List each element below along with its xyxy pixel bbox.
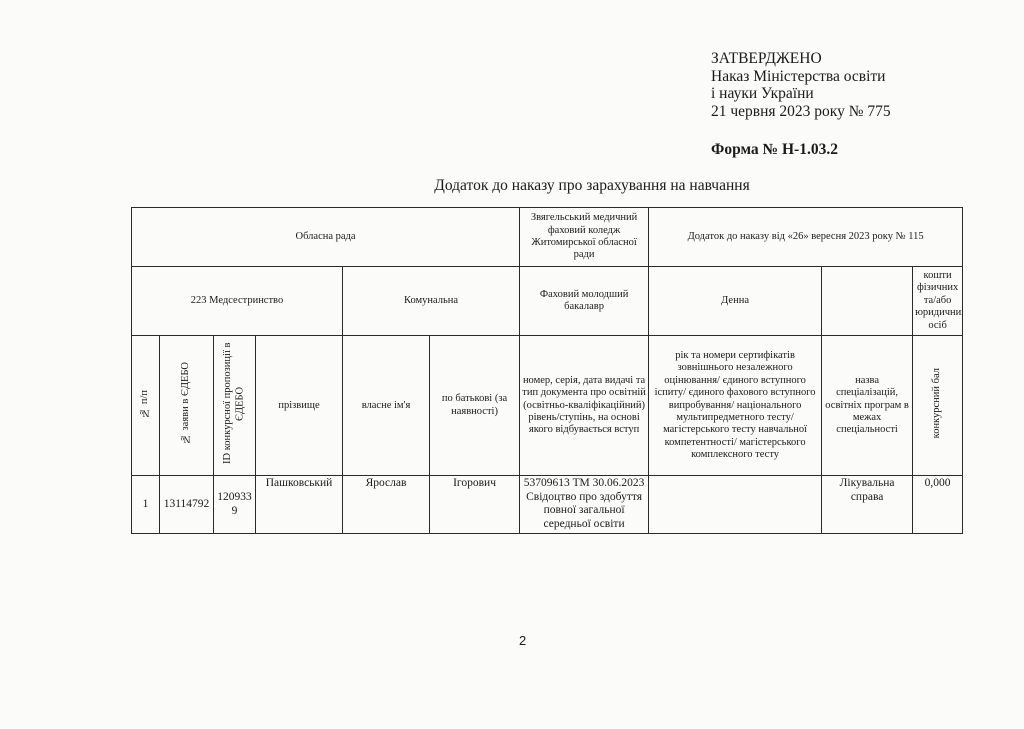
specialty-cell: 223 Медсестринство [132, 267, 343, 336]
col-header-document: номер, серія, дата видачі та тип докумен… [520, 336, 649, 476]
order-cell: Додаток до наказу від «26» вересня 2023 … [649, 208, 963, 267]
enrollment-table: Обласна рада Звягельський медичний фахов… [131, 207, 963, 534]
col-header-application: № заяви в ЄДЕБО [160, 336, 214, 476]
document-title: Додаток до наказу про зарахування на нав… [0, 177, 1024, 195]
header-row-specialty: 223 Медсестринство Комунальна Фаховий мо… [132, 267, 963, 336]
col-header-specialization: назва спеціалізацій, освітніх програм в … [822, 336, 913, 476]
cell-document: 53709613 ТМ 30.06.2023 Свідоцтво про здо… [520, 476, 649, 534]
col-header-offer-id-text: ID конкурсної пропозиції в ЄДЕБО [222, 337, 247, 470]
cell-offer-id: 1209339 [214, 476, 256, 534]
col-header-application-text: № заяви в ЄДЕБО [180, 362, 192, 444]
col-header-offer-id: ID конкурсної пропозиції в ЄДЕБО [214, 336, 256, 476]
approval-line: 21 червня 2023 року № 775 [711, 103, 891, 121]
council-cell: Обласна рада [132, 208, 520, 267]
col-header-score-text: конкурсний бал [931, 368, 943, 438]
page-number: 2 [519, 633, 526, 648]
col-header-num-text: № п/п [139, 390, 151, 418]
approval-line: Наказ Міністерства освіти [711, 68, 891, 86]
header-row-council: Обласна рада Звягельський медичний фахов… [132, 208, 963, 267]
degree-cell: Фаховий молодший бакалавр [520, 267, 649, 336]
cell-application-no: 13114792 [160, 476, 214, 534]
cell-patronymic: Ігорович [430, 476, 520, 534]
institution-cell: Звягельський медичний фаховий коледж Жит… [520, 208, 649, 267]
col-header-patronymic: по батькові (за наявності) [430, 336, 520, 476]
cell-surname: Пашковський [256, 476, 343, 534]
funding-cell: кошти фізичних та/або юридичних осіб [913, 267, 963, 336]
empty-cell [822, 267, 913, 336]
col-header-score: конкурсний бал [913, 336, 963, 476]
col-header-surname: прізвище [256, 336, 343, 476]
col-header-certificates: рік та номери сертифікатів зовнішнього н… [649, 336, 822, 476]
approval-line: і науки України [711, 85, 891, 103]
cell-num: 1 [132, 476, 160, 534]
cell-score: 0,000 [913, 476, 963, 534]
col-header-num: № п/п [132, 336, 160, 476]
approval-block: ЗАТВЕРДЖЕНО Наказ Міністерства освіти і … [711, 50, 891, 120]
column-header-row: № п/п № заяви в ЄДЕБО ID конкурсної проп… [132, 336, 963, 476]
cell-certificates [649, 476, 822, 534]
approval-line: ЗАТВЕРДЖЕНО [711, 50, 891, 68]
col-header-first-name: власне ім'я [343, 336, 430, 476]
study-form-cell: Денна [649, 267, 822, 336]
form-number: Форма № Н-1.03.2 [711, 141, 838, 159]
cell-specialization: Лікувальна справа [822, 476, 913, 534]
ownership-cell: Комунальна [343, 267, 520, 336]
table-row: 1 13114792 1209339 Пашковський Ярослав І… [132, 476, 963, 534]
cell-first-name: Ярослав [343, 476, 430, 534]
